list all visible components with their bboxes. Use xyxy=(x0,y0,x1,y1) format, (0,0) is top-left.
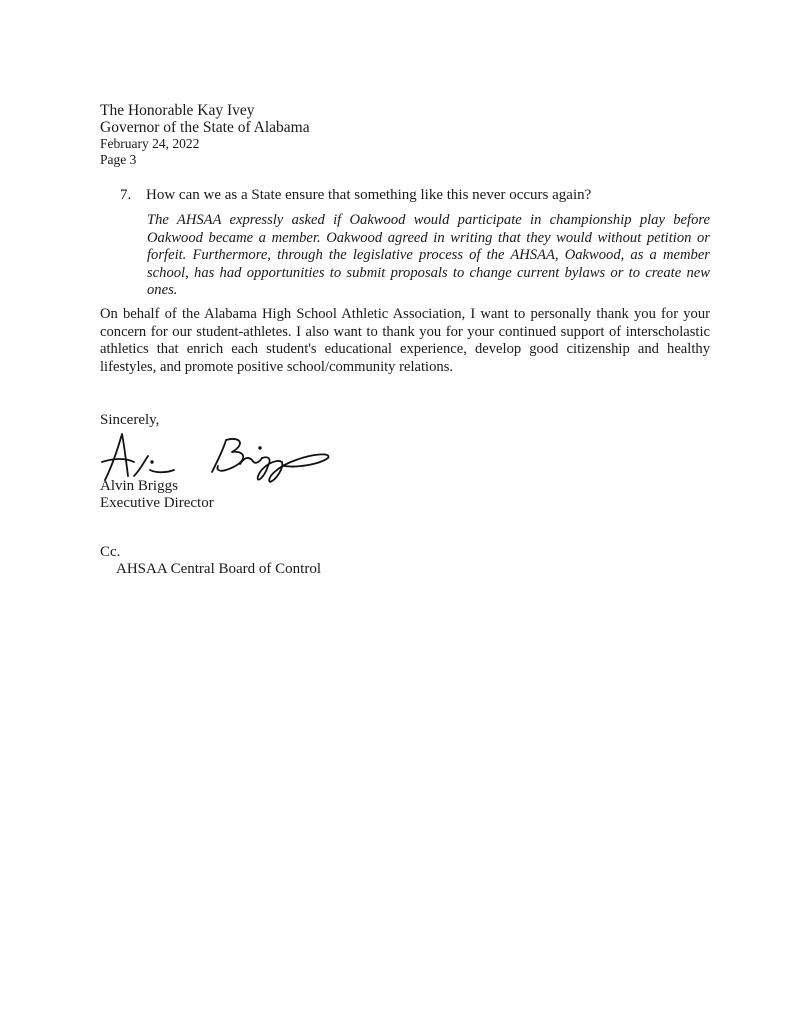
recipient-title: Governor of the State of Alabama xyxy=(100,119,310,136)
letter-page: The Honorable Kay Ivey Governor of the S… xyxy=(0,0,792,1024)
letter-header: The Honorable Kay Ivey Governor of the S… xyxy=(100,102,310,168)
signer-block: Alvin Briggs Executive Director xyxy=(100,478,214,512)
recipient-name: The Honorable Kay Ivey xyxy=(100,102,310,119)
letter-date: February 24, 2022 xyxy=(100,136,310,152)
cc-block: Cc. AHSAA Central Board of Control xyxy=(100,544,321,578)
cc-label: Cc. xyxy=(100,544,321,561)
page-number: Page 3 xyxy=(100,152,310,168)
question-number: 7. xyxy=(120,187,146,204)
answer-paragraph: The AHSAA expressly asked if Oakwood wou… xyxy=(147,212,710,300)
signer-name: Alvin Briggs xyxy=(100,478,214,495)
signer-title: Executive Director xyxy=(100,495,214,512)
cc-recipient: AHSAA Central Board of Control xyxy=(100,561,321,578)
question-text: How can we as a State ensure that someth… xyxy=(146,187,591,203)
question-item: 7.How can we as a State ensure that some… xyxy=(120,187,591,204)
closing-paragraph: On behalf of the Alabama High School Ath… xyxy=(100,306,710,376)
